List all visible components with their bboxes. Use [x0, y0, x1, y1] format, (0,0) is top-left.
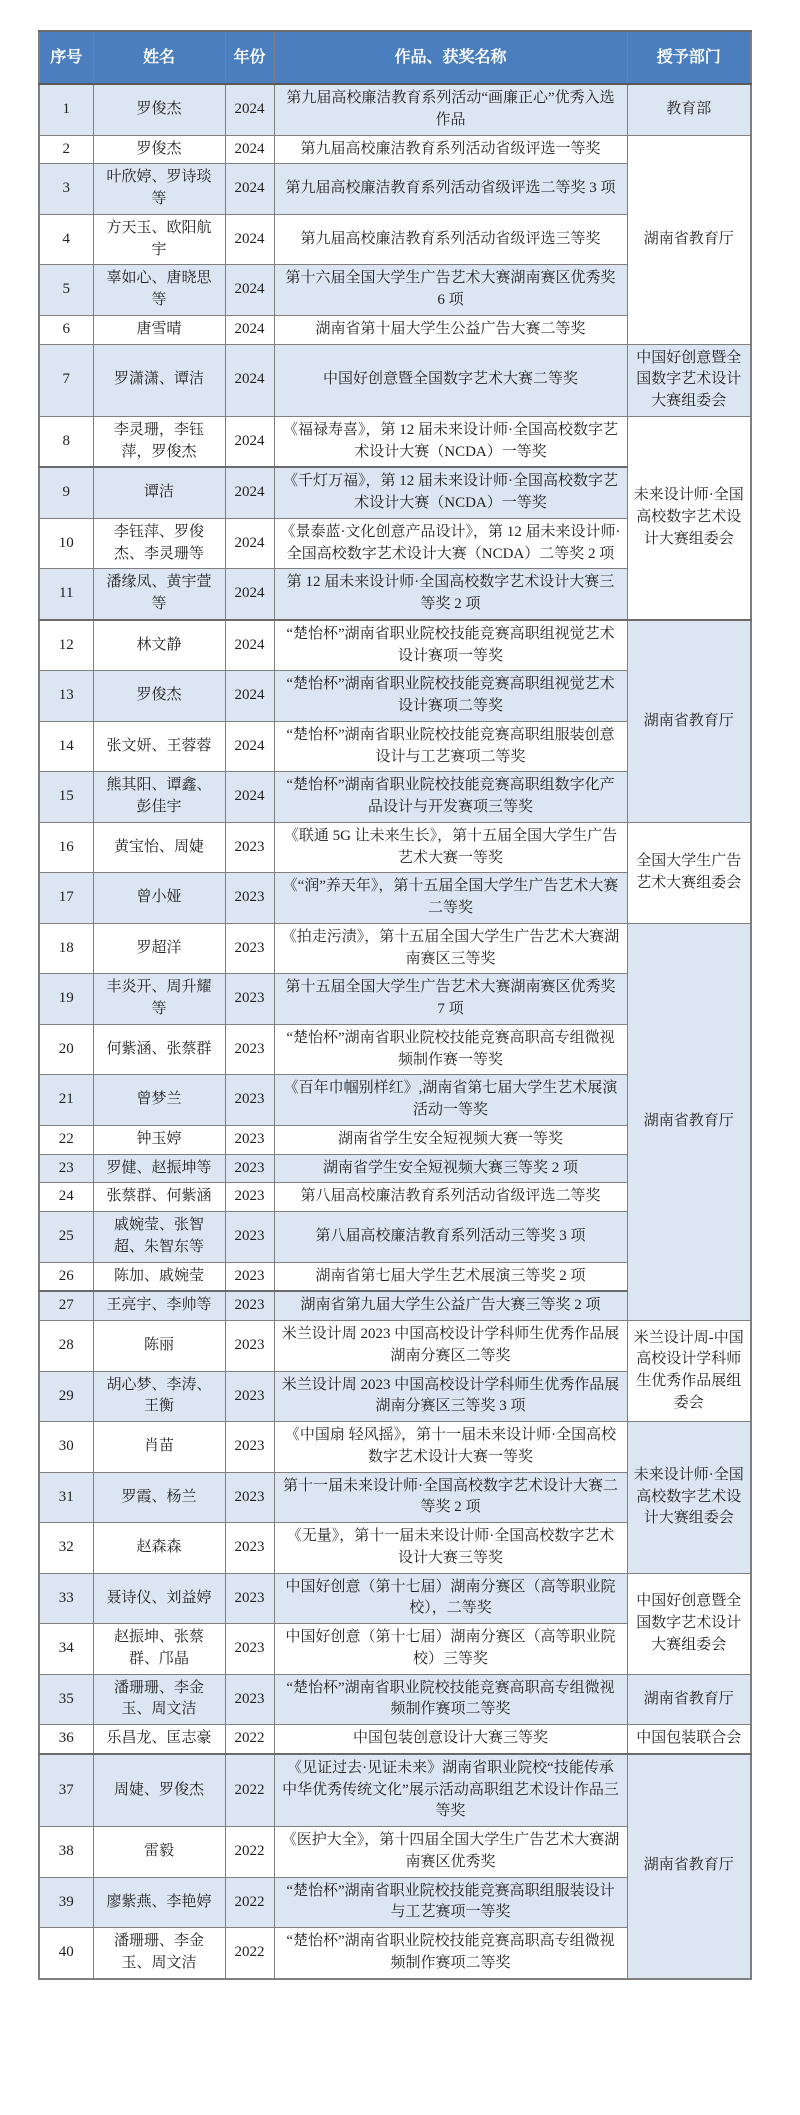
- name-cell: 叶欣婷、罗诗琰等: [93, 164, 225, 215]
- year-cell: 2023: [225, 1523, 274, 1574]
- department-cell: 湖南省教育厅: [627, 135, 751, 344]
- row-number-cell: 17: [39, 873, 93, 924]
- year-cell: 2024: [225, 467, 274, 518]
- award-cell: 《拍走污渍》，第十五届全国大学生广告艺术大赛湖南赛区三等奖: [274, 923, 627, 974]
- table-row: 8李灵珊，李钰萍，罗俊杰2024《福禄寿喜》，第 12 届未来设计师·全国高校数…: [39, 416, 751, 467]
- row-number-cell: 9: [39, 467, 93, 518]
- name-cell: 丰炎开、周升耀等: [93, 974, 225, 1025]
- year-cell: 2022: [225, 1725, 274, 1754]
- year-cell: 2023: [225, 1262, 274, 1291]
- award-cell: “楚怡杯”湖南省职业院校技能竞赛高职高专组微视频制作赛一等奖: [274, 1024, 627, 1075]
- row-number-cell: 3: [39, 164, 93, 215]
- table-row: 2罗俊杰2024第九届高校廉洁教育系列活动省级评选一等奖湖南省教育厅: [39, 135, 751, 164]
- row-number-cell: 40: [39, 1928, 93, 1979]
- award-cell: 湖南省学生安全短视频大赛一等奖: [274, 1125, 627, 1154]
- header-row: 序号 姓名 年份 作品、获奖名称 授予部门: [39, 31, 751, 84]
- name-cell: 乐昌龙、匡志豪: [93, 1725, 225, 1754]
- awards-table-body: 1罗俊杰2024第九届高校廉洁教育系列活动“画廉正心”优秀入选作品教育部2罗俊杰…: [39, 84, 751, 1979]
- award-cell: 中国好创意（第十七届）湖南分赛区（高等职业院校），二等奖: [274, 1573, 627, 1624]
- name-cell: 林文静: [93, 620, 225, 671]
- row-number-cell: 15: [39, 772, 93, 823]
- name-cell: 陈加、戚婉莹: [93, 1262, 225, 1291]
- award-cell: 第 12 届未来设计师·全国高校数字艺术设计大赛三等奖 2 项: [274, 569, 627, 620]
- award-cell: 第九届高校廉洁教育系列活动省级评选三等奖: [274, 214, 627, 265]
- name-cell: 李灵珊，李钰萍，罗俊杰: [93, 416, 225, 467]
- department-cell: 湖南省教育厅: [627, 1754, 751, 1979]
- awards-table: 序号 姓名 年份 作品、获奖名称 授予部门 1罗俊杰2024第九届高校廉洁教育系…: [38, 30, 752, 1980]
- award-cell: 《联通 5G 让未来生长》，第十五届全国大学生广告艺术大赛一等奖: [274, 822, 627, 873]
- table-row: 16黄宝怡、周婕2023《联通 5G 让未来生长》，第十五届全国大学生广告艺术大…: [39, 822, 751, 873]
- year-cell: 2023: [225, 1075, 274, 1126]
- award-cell: 第八届高校廉洁教育系列活动三等奖 3 项: [274, 1212, 627, 1263]
- table-row: 12林文静2024“楚怡杯”湖南省职业院校技能竞赛高职组视觉艺术设计赛项一等奖湖…: [39, 620, 751, 671]
- award-cell: 湖南省第七届大学生艺术展演三等奖 2 项: [274, 1262, 627, 1291]
- table-row: 30肖苗2023《中国扇 轻风摇》，第十一届未来设计师·全国高校数字艺术设计大赛…: [39, 1422, 751, 1473]
- name-cell: 罗俊杰: [93, 135, 225, 164]
- name-cell: 黄宝怡、周婕: [93, 822, 225, 873]
- year-cell: 2024: [225, 84, 274, 135]
- table-row: 33聂诗仪、刘益婷2023中国好创意（第十七届）湖南分赛区（高等职业院校），二等…: [39, 1573, 751, 1624]
- year-cell: 2024: [225, 135, 274, 164]
- name-cell: 雷毅: [93, 1827, 225, 1878]
- table-row: 37周婕、罗俊杰2022《见证过去·见证未来》湖南省职业院校“技能传承 中华优秀…: [39, 1754, 751, 1827]
- name-cell: 赵振坤、张蔡群、邝晶: [93, 1624, 225, 1675]
- year-cell: 2023: [225, 974, 274, 1025]
- award-cell: 《景泰蓝·文化创意产品设计》，第 12 届未来设计师·全国高校数字艺术设计大赛（…: [274, 518, 627, 569]
- name-cell: 熊其阳、谭鑫、彭佳宇: [93, 772, 225, 823]
- award-cell: 第八届高校廉洁教育系列活动省级评选二等奖: [274, 1183, 627, 1212]
- year-cell: 2023: [225, 822, 274, 873]
- department-cell: 湖南省教育厅: [627, 620, 751, 823]
- year-cell: 2024: [225, 518, 274, 569]
- award-cell: “楚怡杯”湖南省职业院校技能竞赛高职组视觉艺术设计赛项二等奖: [274, 671, 627, 722]
- column-header-name: 姓名: [93, 31, 225, 84]
- year-cell: 2023: [225, 1674, 274, 1725]
- year-cell: 2023: [225, 1183, 274, 1212]
- name-cell: 何紫涵、张蔡群: [93, 1024, 225, 1075]
- award-cell: “楚怡杯”湖南省职业院校技能竞赛高职组服装设计与工艺赛项一等奖: [274, 1877, 627, 1928]
- award-cell: 《百年巾帼别样红》,湖南省第七届大学生艺术展演活动一等奖: [274, 1075, 627, 1126]
- department-cell: 未来设计师·全国高校数字艺术设计大赛组委会: [627, 1422, 751, 1574]
- award-cell: 《无量》，第十一届未来设计师·全国高校数字艺术设计大赛三等奖: [274, 1523, 627, 1574]
- row-number-cell: 24: [39, 1183, 93, 1212]
- year-cell: 2024: [225, 772, 274, 823]
- row-number-cell: 16: [39, 822, 93, 873]
- award-cell: 第九届高校廉洁教育系列活动省级评选二等奖 3 项: [274, 164, 627, 215]
- year-cell: 2023: [225, 1154, 274, 1183]
- award-cell: “楚怡杯”湖南省职业院校技能竞赛高职组服装创意设计与工艺赛项二等奖: [274, 721, 627, 772]
- award-cell: 第十六届全国大学生广告艺术大赛湖南赛区优秀奖 6 项: [274, 265, 627, 316]
- year-cell: 2023: [225, 1422, 274, 1473]
- row-number-cell: 33: [39, 1573, 93, 1624]
- row-number-cell: 35: [39, 1674, 93, 1725]
- name-cell: 廖紫燕、李艳婷: [93, 1877, 225, 1928]
- year-cell: 2024: [225, 344, 274, 416]
- row-number-cell: 34: [39, 1624, 93, 1675]
- row-number-cell: 36: [39, 1725, 93, 1754]
- row-number-cell: 8: [39, 416, 93, 467]
- award-cell: 第九届高校廉洁教育系列活动省级评选一等奖: [274, 135, 627, 164]
- name-cell: 陈丽: [93, 1321, 225, 1372]
- name-cell: 罗俊杰: [93, 671, 225, 722]
- year-cell: 2024: [225, 265, 274, 316]
- name-cell: 胡心梦、李涛、王衡: [93, 1371, 225, 1422]
- award-cell: 米兰设计周 2023 中国高校设计学科师生优秀作品展湖南分赛区三等奖 3 项: [274, 1371, 627, 1422]
- department-cell: 米兰设计周-中国高校设计学科师生优秀作品展组委会: [627, 1321, 751, 1422]
- award-cell: 湖南省学生安全短视频大赛三等奖 2 项: [274, 1154, 627, 1183]
- year-cell: 2023: [225, 1125, 274, 1154]
- name-cell: 方天玉、欧阳航宇: [93, 214, 225, 265]
- row-number-cell: 2: [39, 135, 93, 164]
- name-cell: 罗健、赵振坤等: [93, 1154, 225, 1183]
- name-cell: 戚婉莹、张智超、朱智东等: [93, 1212, 225, 1263]
- row-number-cell: 30: [39, 1422, 93, 1473]
- name-cell: 唐雪晴: [93, 315, 225, 344]
- department-cell: 未来设计师·全国高校数字艺术设计大赛组委会: [627, 416, 751, 620]
- column-header-award: 作品、获奖名称: [274, 31, 627, 84]
- name-cell: 曾小娅: [93, 873, 225, 924]
- year-cell: 2023: [225, 1024, 274, 1075]
- year-cell: 2024: [225, 569, 274, 620]
- name-cell: 罗超洋: [93, 923, 225, 974]
- year-cell: 2023: [225, 1291, 274, 1320]
- name-cell: 李钰萍、罗俊杰、李灵珊等: [93, 518, 225, 569]
- year-cell: 2023: [225, 1624, 274, 1675]
- department-cell: 教育部: [627, 84, 751, 135]
- award-cell: 第十五届全国大学生广告艺术大赛湖南赛区优秀奖 7 项: [274, 974, 627, 1025]
- year-cell: 2023: [225, 1212, 274, 1263]
- table-row: 35潘珊珊、李金玉、周文洁2023“楚怡杯”湖南省职业院校技能竞赛高职高专组微视…: [39, 1674, 751, 1725]
- department-cell: 中国好创意暨全国数字艺术设计大赛组委会: [627, 344, 751, 416]
- row-number-cell: 4: [39, 214, 93, 265]
- award-cell: “楚怡杯”湖南省职业院校技能竞赛高职高专组微视频制作赛项二等奖: [274, 1674, 627, 1725]
- year-cell: 2024: [225, 620, 274, 671]
- year-cell: 2024: [225, 721, 274, 772]
- department-cell: 全国大学生广告艺术大赛组委会: [627, 822, 751, 923]
- name-cell: 潘珊珊、李金玉、周文洁: [93, 1928, 225, 1979]
- name-cell: 张蔡群、何紫涵: [93, 1183, 225, 1212]
- row-number-cell: 29: [39, 1371, 93, 1422]
- name-cell: 肖苗: [93, 1422, 225, 1473]
- name-cell: 谭洁: [93, 467, 225, 518]
- award-cell: “楚怡杯”湖南省职业院校技能竞赛高职高专组微视频制作赛项二等奖: [274, 1928, 627, 1979]
- name-cell: 王亮宇、李帅等: [93, 1291, 225, 1320]
- department-cell: 中国好创意暨全国数字艺术设计大赛组委会: [627, 1573, 751, 1674]
- row-number-cell: 28: [39, 1321, 93, 1372]
- row-number-cell: 22: [39, 1125, 93, 1154]
- year-cell: 2022: [225, 1827, 274, 1878]
- awards-table-header: 序号 姓名 年份 作品、获奖名称 授予部门: [39, 31, 751, 84]
- year-cell: 2023: [225, 1321, 274, 1372]
- year-cell: 2024: [225, 416, 274, 467]
- year-cell: 2024: [225, 315, 274, 344]
- award-cell: 米兰设计周 2023 中国高校设计学科师生优秀作品展湖南分赛区二等奖: [274, 1321, 627, 1372]
- row-number-cell: 12: [39, 620, 93, 671]
- name-cell: 钟玉婷: [93, 1125, 225, 1154]
- year-cell: 2022: [225, 1754, 274, 1827]
- row-number-cell: 21: [39, 1075, 93, 1126]
- row-number-cell: 26: [39, 1262, 93, 1291]
- award-cell: 《医护大全》，第十四届全国大学生广告艺术大赛湖南赛区优秀奖: [274, 1827, 627, 1878]
- year-cell: 2023: [225, 923, 274, 974]
- award-cell: 《见证过去·见证未来》湖南省职业院校“技能传承 中华优秀传统文化”展示活动高职组…: [274, 1754, 627, 1827]
- row-number-cell: 10: [39, 518, 93, 569]
- department-cell: 湖南省教育厅: [627, 923, 751, 1320]
- row-number-cell: 27: [39, 1291, 93, 1320]
- row-number-cell: 6: [39, 315, 93, 344]
- row-number-cell: 5: [39, 265, 93, 316]
- year-cell: 2022: [225, 1877, 274, 1928]
- department-cell: 湖南省教育厅: [627, 1674, 751, 1725]
- table-row: 7罗潇潇、谭洁2024中国好创意暨全国数字艺术大赛二等奖中国好创意暨全国数字艺术…: [39, 344, 751, 416]
- row-number-cell: 23: [39, 1154, 93, 1183]
- row-number-cell: 11: [39, 569, 93, 620]
- table-row: 1罗俊杰2024第九届高校廉洁教育系列活动“画廉正心”优秀入选作品教育部: [39, 84, 751, 135]
- year-cell: 2023: [225, 1573, 274, 1624]
- year-cell: 2022: [225, 1928, 274, 1979]
- award-cell: “楚怡杯”湖南省职业院校技能竞赛高职组数字化产品设计与开发赛项三等奖: [274, 772, 627, 823]
- table-row: 28陈丽2023米兰设计周 2023 中国高校设计学科师生优秀作品展湖南分赛区二…: [39, 1321, 751, 1372]
- award-cell: 《中国扇 轻风摇》，第十一届未来设计师·全国高校数字艺术设计大赛一等奖: [274, 1422, 627, 1473]
- row-number-cell: 13: [39, 671, 93, 722]
- name-cell: 聂诗仪、刘益婷: [93, 1573, 225, 1624]
- award-cell: 中国好创意（第十七届）湖南分赛区（高等职业院校）三等奖: [274, 1624, 627, 1675]
- table-row: 36乐昌龙、匡志豪2022中国包装创意设计大赛三等奖中国包装联合会: [39, 1725, 751, 1754]
- row-number-cell: 14: [39, 721, 93, 772]
- name-cell: 罗俊杰: [93, 84, 225, 135]
- row-number-cell: 39: [39, 1877, 93, 1928]
- name-cell: 曾梦兰: [93, 1075, 225, 1126]
- row-number-cell: 18: [39, 923, 93, 974]
- award-cell: 湖南省第十届大学生公益广告大赛二等奖: [274, 315, 627, 344]
- award-cell: 《福禄寿喜》，第 12 届未来设计师·全国高校数字艺术设计大赛（NCDA）一等奖: [274, 416, 627, 467]
- name-cell: 罗潇潇、谭洁: [93, 344, 225, 416]
- award-cell: 中国包装创意设计大赛三等奖: [274, 1725, 627, 1754]
- award-cell: 湖南省第九届大学生公益广告大赛三等奖 2 项: [274, 1291, 627, 1320]
- row-number-cell: 19: [39, 974, 93, 1025]
- name-cell: 周婕、罗俊杰: [93, 1754, 225, 1827]
- row-number-cell: 38: [39, 1827, 93, 1878]
- column-header-year: 年份: [225, 31, 274, 84]
- name-cell: 赵森森: [93, 1523, 225, 1574]
- award-cell: 第十一届未来设计师·全国高校数字艺术设计大赛二等奖 2 项: [274, 1472, 627, 1523]
- award-cell: 《“润”养天年》，第十五届全国大学生广告艺术大赛二等奖: [274, 873, 627, 924]
- year-cell: 2024: [225, 164, 274, 215]
- award-cell: “楚怡杯”湖南省职业院校技能竞赛高职组视觉艺术设计赛项一等奖: [274, 620, 627, 671]
- row-number-cell: 32: [39, 1523, 93, 1574]
- award-cell: 中国好创意暨全国数字艺术大赛二等奖: [274, 344, 627, 416]
- award-cell: 《千灯万福》，第 12 届未来设计师·全国高校数字艺术设计大赛（NCDA）一等奖: [274, 467, 627, 518]
- award-cell: 第九届高校廉洁教育系列活动“画廉正心”优秀入选作品: [274, 84, 627, 135]
- year-cell: 2023: [225, 1472, 274, 1523]
- row-number-cell: 31: [39, 1472, 93, 1523]
- row-number-cell: 20: [39, 1024, 93, 1075]
- row-number-cell: 37: [39, 1754, 93, 1827]
- name-cell: 张文妍、王蓉蓉: [93, 721, 225, 772]
- table-row: 18罗超洋2023《拍走污渍》，第十五届全国大学生广告艺术大赛湖南赛区三等奖湖南…: [39, 923, 751, 974]
- year-cell: 2023: [225, 873, 274, 924]
- row-number-cell: 25: [39, 1212, 93, 1263]
- column-header-department: 授予部门: [627, 31, 751, 84]
- year-cell: 2024: [225, 671, 274, 722]
- department-cell: 中国包装联合会: [627, 1725, 751, 1754]
- awards-table-container: 序号 姓名 年份 作品、获奖名称 授予部门 1罗俊杰2024第九届高校廉洁教育系…: [0, 0, 800, 2010]
- name-cell: 罗霞、杨兰: [93, 1472, 225, 1523]
- year-cell: 2023: [225, 1371, 274, 1422]
- column-header-number: 序号: [39, 31, 93, 84]
- name-cell: 潘珊珊、李金玉、周文洁: [93, 1674, 225, 1725]
- name-cell: 潘缘凤、黄宇萱等: [93, 569, 225, 620]
- name-cell: 辜如心、唐晓思等: [93, 265, 225, 316]
- year-cell: 2024: [225, 214, 274, 265]
- row-number-cell: 7: [39, 344, 93, 416]
- row-number-cell: 1: [39, 84, 93, 135]
